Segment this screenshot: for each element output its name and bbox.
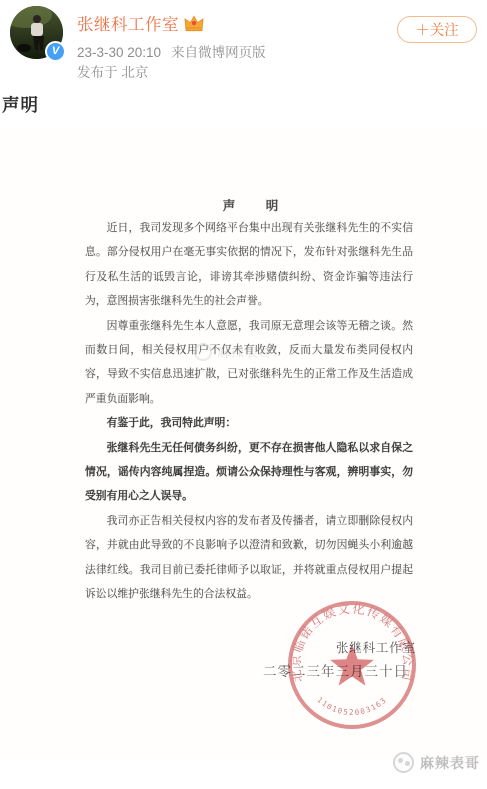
watermark-logo-icon <box>194 343 212 361</box>
post-timestamp: 23-3-30 20:10 <box>77 45 161 60</box>
statement-body: 近日，我司发现多个网络平台集中出现有关张继科先生的不实信息。部分侵权用户在毫无事… <box>85 216 413 607</box>
statement-paragraph: 因尊重张继科先生本人意愿，我司原无意理会该等无稽之谈。然而数日间，相关侵权用户不… <box>85 314 413 412</box>
weibo-post-page: V 张继科工作室 23-3-30 20:10来自微博网页版 发布于 北京 ＋关注… <box>0 0 487 789</box>
statement-image[interactable]: 声 明 近日，我司发现多个网络平台集中出现有关张继科先生的不实信息。部分侵权用户… <box>0 128 487 760</box>
seal-registration-number: 1101052003163 <box>315 695 388 717</box>
watermark-logo-icon <box>393 752 414 773</box>
corner-watermark: 麻辣表哥 <box>393 752 480 773</box>
statement-paragraph: 有鉴于此，我司特此声明： <box>85 411 413 435</box>
corner-watermark-label: 麻辣表哥 <box>420 753 480 773</box>
post-text: 声明 <box>2 92 39 117</box>
username[interactable]: 张继科工作室 <box>77 11 179 35</box>
svg-text:1101052003163: 1101052003163 <box>315 695 388 717</box>
statement-paragraph: 我司亦正告相关侵权内容的发布者及传播者，请立即删除侵权内容，并就由此导致的不良影… <box>85 509 413 607</box>
post-source: 来自微博网页版 <box>171 45 266 60</box>
company-seal-stamp: 北京临锘互娱文化传媒有限公司 1101052003163 <box>283 596 421 734</box>
follow-button[interactable]: ＋关注 <box>397 16 477 43</box>
statement-title: 声 明 <box>85 196 425 214</box>
statement-paragraph: 近日，我司发现多个网络平台集中出现有关张继科先生的不实信息。部分侵权用户在毫无事… <box>85 216 413 314</box>
vip-crown-icon <box>184 15 204 32</box>
statement-paragraph: 张继科先生无任何债务纠纷，更不存在损害他人隐私以求自保之情况，谣传内容纯属捏造。… <box>85 436 413 509</box>
center-watermark-label: 麻辣表哥 <box>217 342 273 361</box>
seal-star-icon <box>330 644 374 686</box>
post-location: 发布于 北京 <box>77 61 148 81</box>
verified-v-icon: V <box>45 41 66 62</box>
center-watermark: 麻辣表哥 <box>194 342 273 361</box>
post-meta: 23-3-30 20:10来自微博网页版 <box>77 41 266 61</box>
